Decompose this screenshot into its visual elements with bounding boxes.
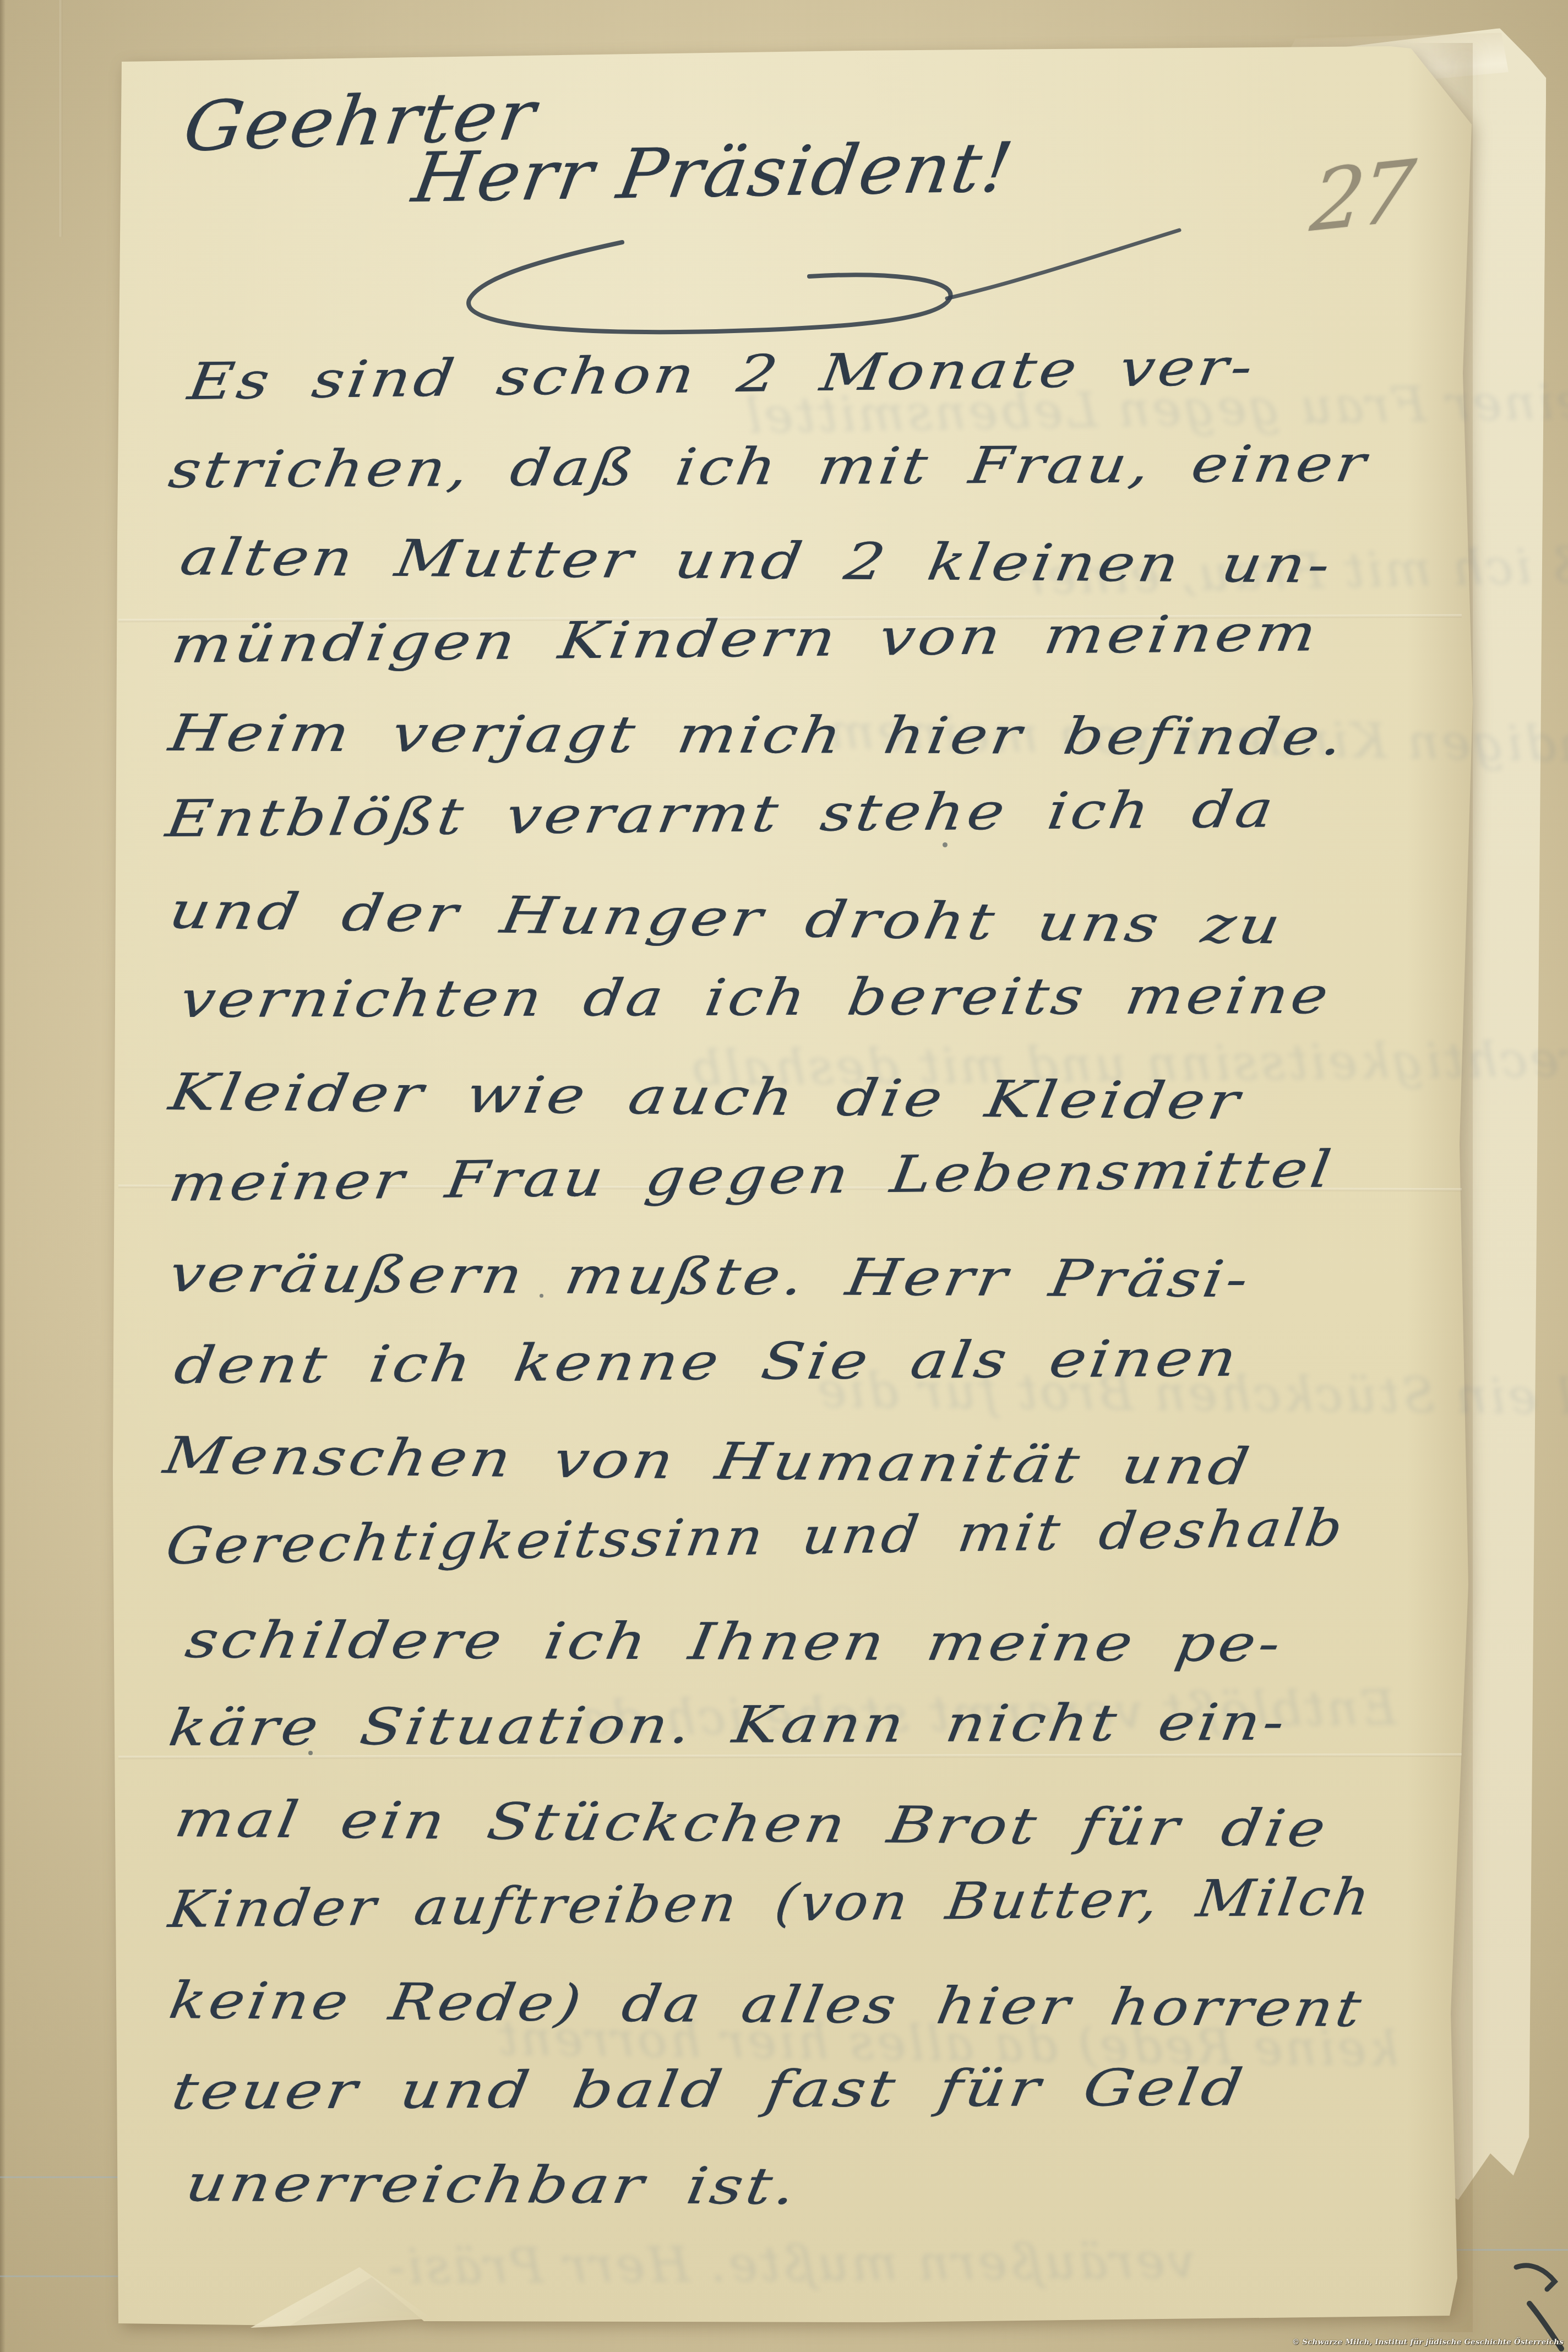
- letter-line: Heim verjagt mich hier befinde.: [165, 704, 1350, 766]
- letter-line: veräußern mußte. Herr Präsi-: [165, 1244, 1256, 1309]
- scanned-letter-page: { "document": { "kind": "handwritten let…: [0, 0, 1568, 2352]
- archive-watermark: © Schwarze Milch, Institut für jüdische …: [1292, 2338, 1564, 2346]
- letter-line: Menschen von Humanität und: [160, 1426, 1256, 1496]
- letter-line: käre Situation. Kann nicht ein-: [165, 1692, 1292, 1757]
- letter-line: alten Mutter und 2 kleinen un-: [176, 527, 1337, 594]
- letter-line: Kleider wie auch die Kleider: [165, 1063, 1247, 1131]
- mat-crease: [59, 0, 63, 237]
- letter-line: mal ein Stückchen Brot für die: [171, 1789, 1333, 1858]
- letter-line: schildere ich Ihnen meine pe-: [182, 1610, 1288, 1673]
- letter-line: keine Rede) da alles hier horrent: [165, 1971, 1368, 2038]
- ink-speck: [308, 1751, 313, 1755]
- letter-line: vernichten da ich bereits meine: [176, 966, 1335, 1029]
- ink-speck: [943, 842, 948, 847]
- scan-left-edge-shadow: [0, 0, 6, 2352]
- letter-line: teuer und bald fast für Geld: [168, 2058, 1250, 2121]
- letter-line: dent ich kenne Sie als einen: [171, 1329, 1244, 1395]
- letter-line: Entblößt verarmt stehe ich da: [162, 780, 1280, 848]
- letter-line: unerreichbar ist.: [182, 2154, 803, 2216]
- salutation-word: Herr Präsident!: [407, 128, 1019, 218]
- letter-line: mündigen Kindern von meinem: [168, 603, 1324, 674]
- page-number-pencil: 27: [1306, 141, 1416, 251]
- ink-speck: [540, 1294, 543, 1298]
- letter-line: strichen, daß ich mit Frau, einer: [165, 434, 1373, 499]
